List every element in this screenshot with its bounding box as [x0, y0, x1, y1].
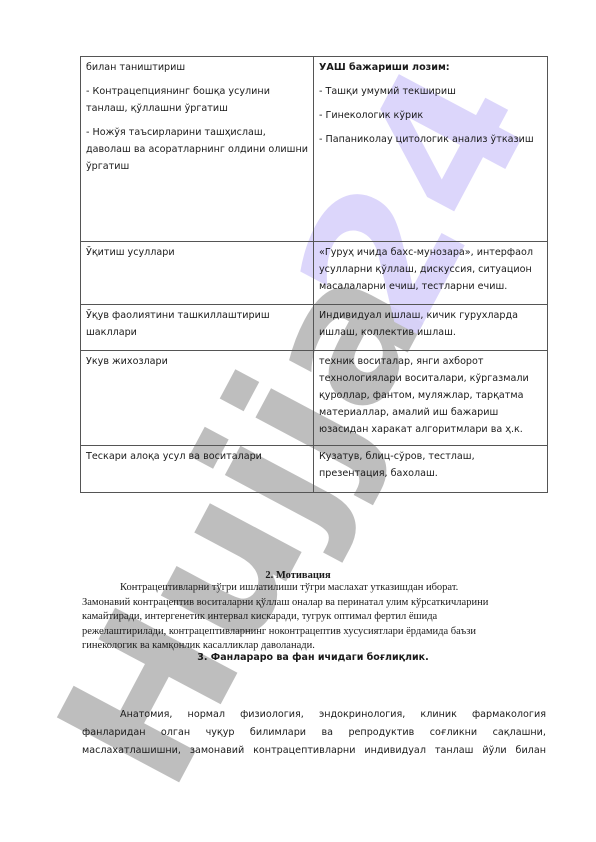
- motivation-text: Контрацептивларни тўгри ишлатилиши тўгри…: [82, 581, 552, 654]
- cell-heading: УАШ бажариши лозим:: [319, 59, 542, 76]
- text-line: Анатомия, нормал физиология, эндокриноло…: [82, 706, 546, 724]
- text-line: Контрацептивларни тўгри ишлатилиши тўгри…: [82, 581, 552, 596]
- word: индивидуал: [364, 742, 426, 760]
- table-cell-right: Кузатув, блиц-сўров, тестлаш, презентаци…: [314, 446, 548, 493]
- table-row: билан таништириш - Контрацепциянинг бошқ…: [81, 57, 548, 242]
- cell-text: - Контрацепциянинг бошқа усулини танлаш,…: [86, 83, 308, 117]
- table-row: Ўқув фаолиятини ташкиллаштириш шакллари …: [81, 305, 548, 351]
- table-row: Укув жихозлари техник воситалар, янги ах…: [81, 351, 548, 446]
- word: ва: [321, 724, 333, 742]
- document-page: Hujja 24 билан таништириш - Контрацепция…: [0, 0, 596, 842]
- table-row: Ўқитиш усуллари «Гуруҳ ичида бахс-муноза…: [81, 242, 548, 305]
- word: физиология,: [240, 706, 304, 724]
- lesson-plan-table: билан таништириш - Контрацепциянинг бошқ…: [80, 56, 548, 493]
- table-cell-left: Тескари алоқа усул ва воситалари: [81, 446, 314, 493]
- word: соғликни: [430, 724, 477, 742]
- text-line: режелаштирилади, контрацептивларнинг нок…: [82, 625, 552, 640]
- word: сақлашни,: [493, 724, 546, 742]
- word: клиник: [420, 706, 456, 724]
- word: замонавий: [190, 742, 244, 760]
- word: эндокринология,: [319, 706, 405, 724]
- table-cell-right: «Гуруҳ ичида бахс-мунозара», интерфаол у…: [314, 242, 548, 305]
- word: контрацептивларни: [253, 742, 355, 760]
- word: нормал: [188, 706, 225, 724]
- text-line: фанларидан олган чуқур билимлари ва репр…: [82, 724, 546, 742]
- text-line: маслахатлашишни, замонавий контрацептивл…: [82, 742, 546, 760]
- table-cell-right: УАШ бажариши лозим: - Ташқи умумий текши…: [314, 57, 548, 242]
- table-cell-right: Индивидуал ишлаш, кичик гурухларда ишлаш…: [314, 305, 548, 351]
- table-cell-right: техник воситалар, янги ахборот технологи…: [314, 351, 548, 446]
- text-line: Замонавий контрацептив воситаларни қўлла…: [82, 596, 552, 611]
- table-cell-left: Укув жихозлари: [81, 351, 314, 446]
- cell-text: - Ташқи умумий текшириш: [319, 83, 542, 100]
- cell-text: - Ножўя таъсирларини ташҳислаш, даволаш …: [86, 124, 308, 175]
- cell-text: - Гинекологик кўрик: [319, 107, 542, 124]
- table-cell-left: Ўқув фаолиятини ташкиллаштириш шакллари: [81, 305, 314, 351]
- word: билимлари: [250, 724, 306, 742]
- word: репродуктив: [348, 724, 414, 742]
- word: маслахатлашишни,: [82, 742, 181, 760]
- word: йўли: [482, 742, 506, 760]
- word: чуқур: [206, 724, 235, 742]
- section-heading-interdisciplinary: 3. Фанлараро ва фан ичидаги боғлиқлик.: [0, 652, 596, 663]
- word: фанларидан: [82, 724, 145, 742]
- word: танлаш: [435, 742, 474, 760]
- cell-text: билан таништириш: [86, 59, 308, 76]
- word: фармакология: [472, 706, 546, 724]
- word: Анатомия,: [120, 706, 172, 724]
- section-heading-motivation: 2. Мотивация: [0, 570, 596, 581]
- text-line: камайтиради, интергенетик интервал киска…: [82, 610, 552, 625]
- table-cell-left: билан таништириш - Контрацепциянинг бошқ…: [81, 57, 314, 242]
- word: олган: [161, 724, 190, 742]
- table-cell-left: Ўқитиш усуллари: [81, 242, 314, 305]
- table-row: Тескари алоқа усул ва воситалари Кузатув…: [81, 446, 548, 493]
- word: билан: [516, 742, 546, 760]
- body-paragraph: Анатомия, нормал физиология, эндокриноло…: [82, 706, 546, 760]
- cell-text: - Папаниколау цитологик анализ ўтказиш: [319, 131, 542, 148]
